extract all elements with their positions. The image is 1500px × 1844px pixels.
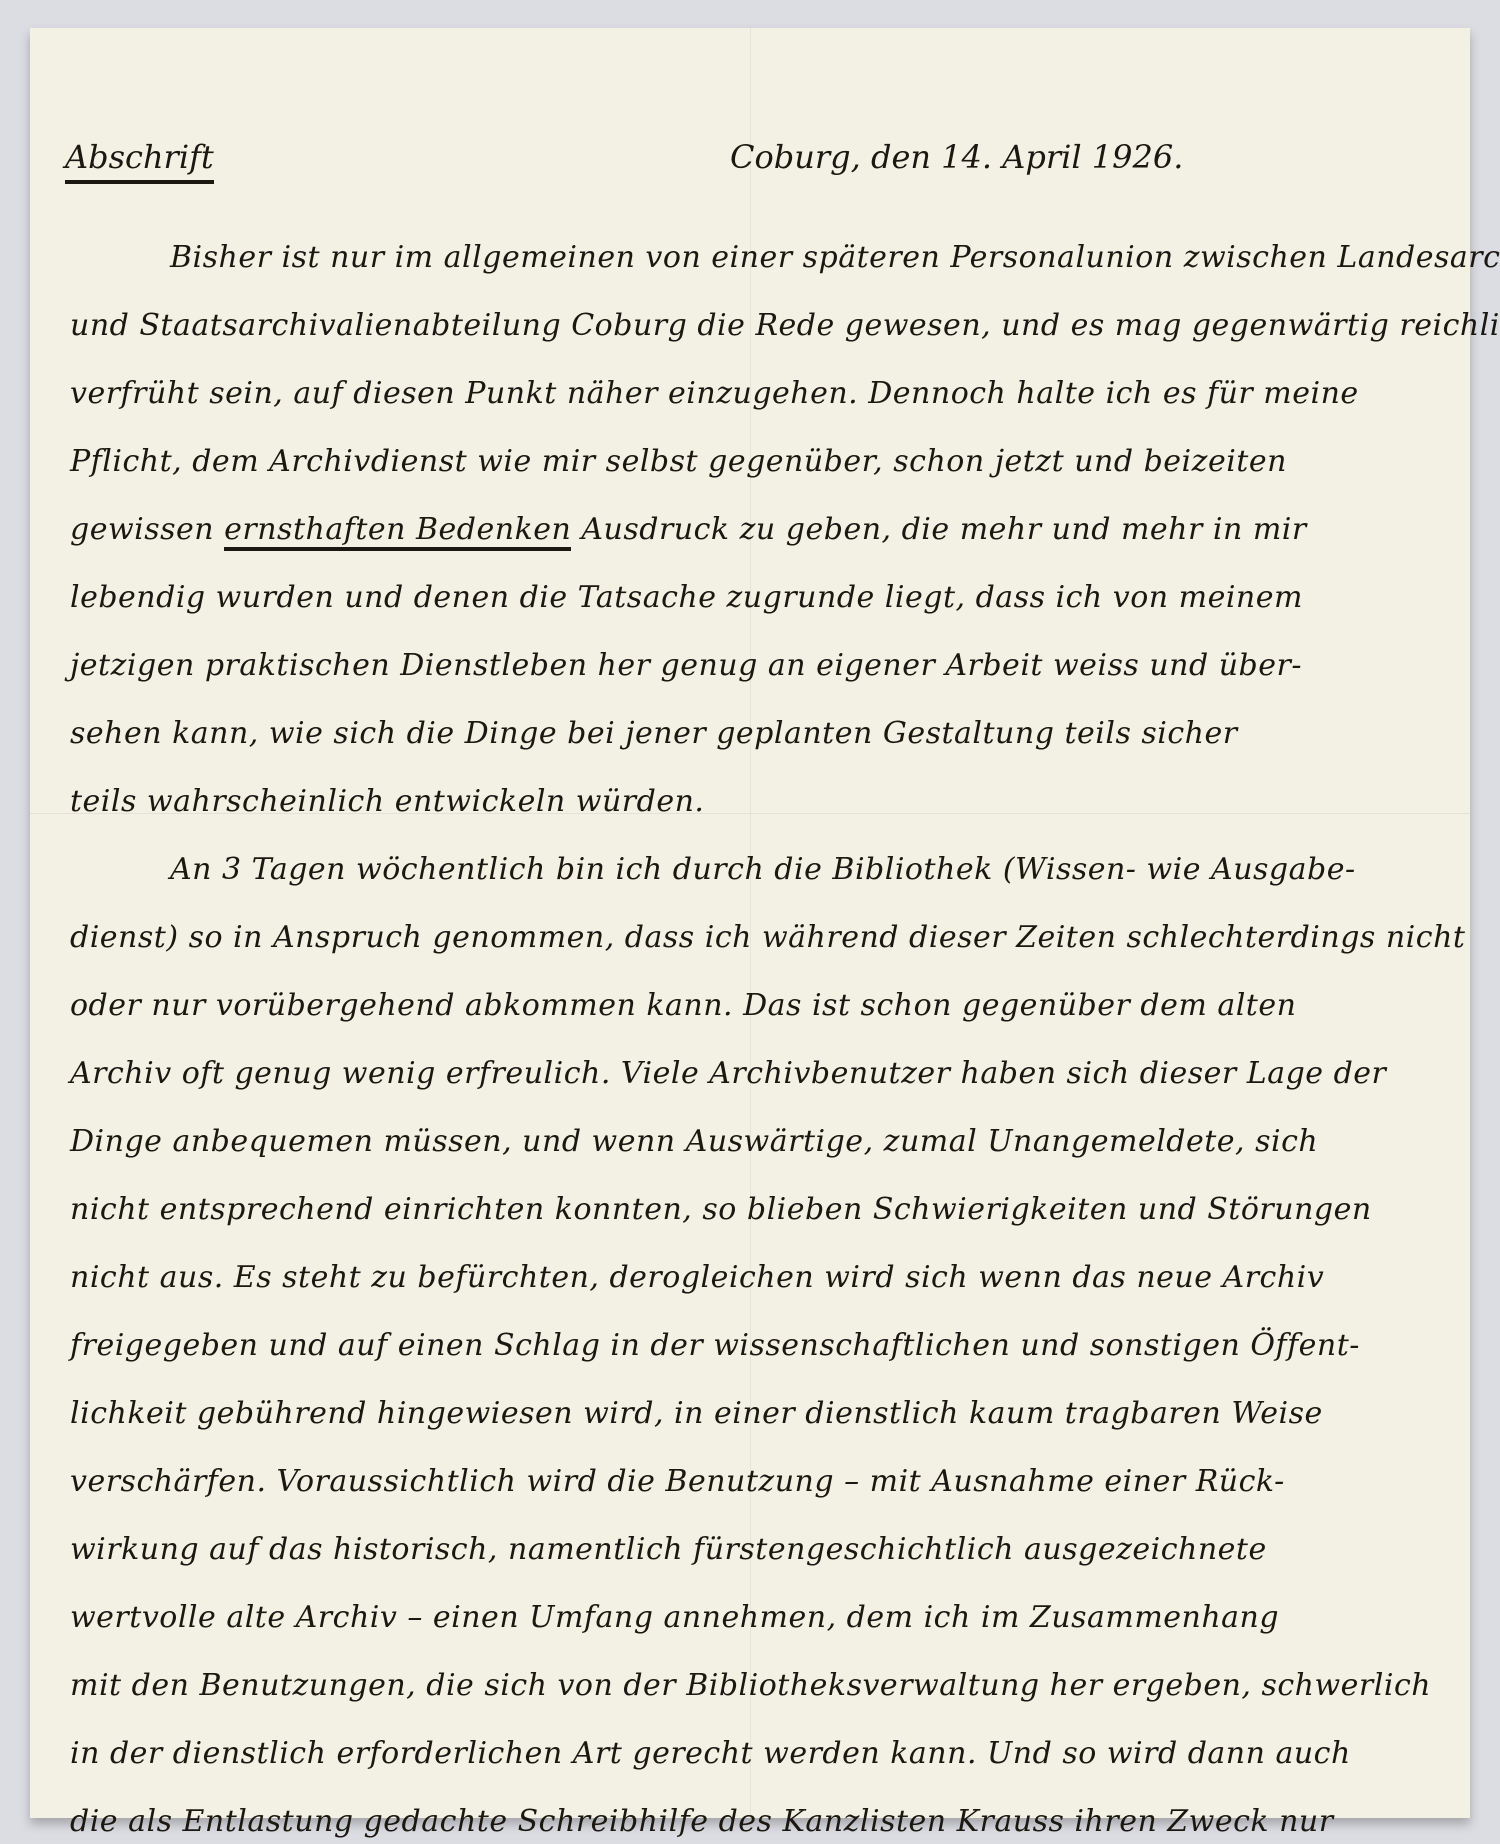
- letter-line: verschärfen. Voraussichtlich wird die Be…: [70, 1464, 1285, 1499]
- letter-line: freigegeben und auf einen Schlag in der …: [70, 1328, 1360, 1363]
- letter-line: teils wahrscheinlich entwickeln würden.: [70, 784, 704, 819]
- letter-line: Archiv oft genug wenig erfreulich. Viele…: [70, 1056, 1386, 1091]
- letter-line: Dinge anbequemen müssen, und wenn Auswär…: [70, 1124, 1318, 1159]
- place-date: Coburg, den 14. April 1926.: [730, 138, 1183, 176]
- document-heading: Abschrift: [65, 138, 214, 184]
- letter-line: die als Entlastung gedachte Schreibhilfe…: [70, 1804, 1334, 1839]
- letter-line: Bisher ist nur im allgemeinen von einer …: [70, 240, 1500, 275]
- letter-line: An 3 Tagen wöchentlich bin ich durch die…: [70, 852, 1356, 887]
- letter-line: gewissen ernsthaften Bedenken Ausdruck z…: [70, 512, 1307, 547]
- letter-line: in der dienstlich erforderlichen Art ger…: [70, 1736, 1351, 1771]
- letter-line: nicht entsprechend einrichten konnten, s…: [70, 1192, 1372, 1227]
- letter-line: verfrüht sein, auf diesen Punkt näher ei…: [70, 376, 1359, 411]
- letter-line: wertvolle alte Archiv – einen Umfang ann…: [70, 1600, 1279, 1635]
- letter-line: wirkung auf das historisch, namentlich f…: [70, 1532, 1267, 1567]
- letter-line: jetzigen praktischen Dienstleben her gen…: [70, 648, 1302, 683]
- letter-page: Abschrift Coburg, den 14. April 1926. Bi…: [30, 28, 1470, 1818]
- letter-line: lichkeit gebührend hingewiesen wird, in …: [70, 1396, 1323, 1431]
- underlined-phrase: ernsthaften Bedenken: [224, 512, 571, 551]
- letter-line: mit den Benutzungen, die sich von der Bi…: [70, 1668, 1431, 1703]
- letter-line: und Staatsarchivalienabteilung Coburg di…: [70, 308, 1500, 343]
- letter-line: oder nur vorübergehend abkommen kann. Da…: [70, 988, 1296, 1023]
- letter-line: Pflicht, dem Archivdienst wie mir selbst…: [70, 444, 1287, 479]
- letter-line: sehen kann, wie sich die Dinge bei jener…: [70, 716, 1238, 751]
- letter-line: nicht aus. Es steht zu befürchten, derog…: [70, 1260, 1324, 1295]
- letter-line: lebendig wurden und denen die Tatsache z…: [70, 580, 1303, 615]
- letter-line: dienst) so in Anspruch genommen, dass ic…: [70, 920, 1465, 955]
